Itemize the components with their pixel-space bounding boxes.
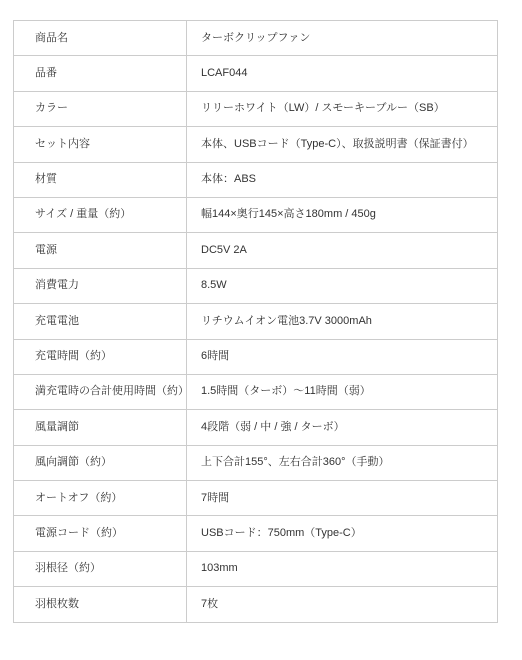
spec-value: 7枚 [187,587,498,622]
table-row: 満充電時の合計使用時間（約） 1.5時間（ターボ）〜11時間（弱） [14,374,498,409]
spec-label: 商品名 [14,21,187,56]
spec-value: USBコード：750mm（Type-C） [187,516,498,551]
spec-label: 品番 [14,56,187,91]
spec-value: 4段階（弱 / 中 / 強 / ターボ） [187,410,498,445]
table-row: 羽根枚数 7枚 [14,587,498,622]
table-row: 羽根径（約） 103mm [14,551,498,586]
spec-value: LCAF044 [187,56,498,91]
spec-value: 103mm [187,551,498,586]
table-row: 材質 本体：ABS [14,162,498,197]
product-spec-page: 商品名 ターボクリップファン 品番 LCAF044 カラー リリーホワイト（LW… [0,20,522,623]
product-spec-table: 商品名 ターボクリップファン 品番 LCAF044 カラー リリーホワイト（LW… [13,20,498,623]
table-row: サイズ / 重量（約） 幅144×奥行145×高さ180mm / 450g [14,197,498,232]
table-row: 消費電力 8.5W [14,268,498,303]
table-row: 品番 LCAF044 [14,56,498,91]
spec-label: 充電時間（約） [14,339,187,374]
spec-label: 電源 [14,233,187,268]
spec-label: カラー [14,91,187,126]
table-row: 風向調節（約） 上下合計155°、左右合計360°（手動） [14,445,498,480]
spec-value: リチウムイオン電池3.7V 3000mAh [187,304,498,339]
table-row: セット内容 本体、USBコード（Type-C）、取扱説明書（保証書付） [14,127,498,162]
table-row: 風量調節 4段階（弱 / 中 / 強 / ターボ） [14,410,498,445]
spec-value: ターボクリップファン [187,21,498,56]
spec-label: セット内容 [14,127,187,162]
table-row: 電源コード（約） USBコード：750mm（Type-C） [14,516,498,551]
spec-label: 風向調節（約） [14,445,187,480]
spec-label: 消費電力 [14,268,187,303]
spec-value: リリーホワイト（LW）/ スモーキーブルー（SB） [187,91,498,126]
spec-label: 充電電池 [14,304,187,339]
spec-value: 6時間 [187,339,498,374]
spec-table-body: 商品名 ターボクリップファン 品番 LCAF044 カラー リリーホワイト（LW… [14,21,498,623]
spec-label: 羽根枚数 [14,587,187,622]
spec-label: 材質 [14,162,187,197]
spec-value: 7時間 [187,481,498,516]
spec-label: オートオフ（約） [14,481,187,516]
table-row: 充電時間（約） 6時間 [14,339,498,374]
spec-value: DC5V 2A [187,233,498,268]
spec-value: 本体：ABS [187,162,498,197]
table-row: 電源 DC5V 2A [14,233,498,268]
spec-value: 8.5W [187,268,498,303]
table-row: 商品名 ターボクリップファン [14,21,498,56]
spec-label: 風量調節 [14,410,187,445]
table-row: 充電電池 リチウムイオン電池3.7V 3000mAh [14,304,498,339]
spec-label: 電源コード（約） [14,516,187,551]
spec-value: 幅144×奥行145×高さ180mm / 450g [187,197,498,232]
spec-value: 1.5時間（ターボ）〜11時間（弱） [187,374,498,409]
table-row: オートオフ（約） 7時間 [14,481,498,516]
spec-label: サイズ / 重量（約） [14,197,187,232]
spec-label: 羽根径（約） [14,551,187,586]
spec-value: 本体、USBコード（Type-C）、取扱説明書（保証書付） [187,127,498,162]
spec-value: 上下合計155°、左右合計360°（手動） [187,445,498,480]
table-row: カラー リリーホワイト（LW）/ スモーキーブルー（SB） [14,91,498,126]
spec-label: 満充電時の合計使用時間（約） [14,374,187,409]
